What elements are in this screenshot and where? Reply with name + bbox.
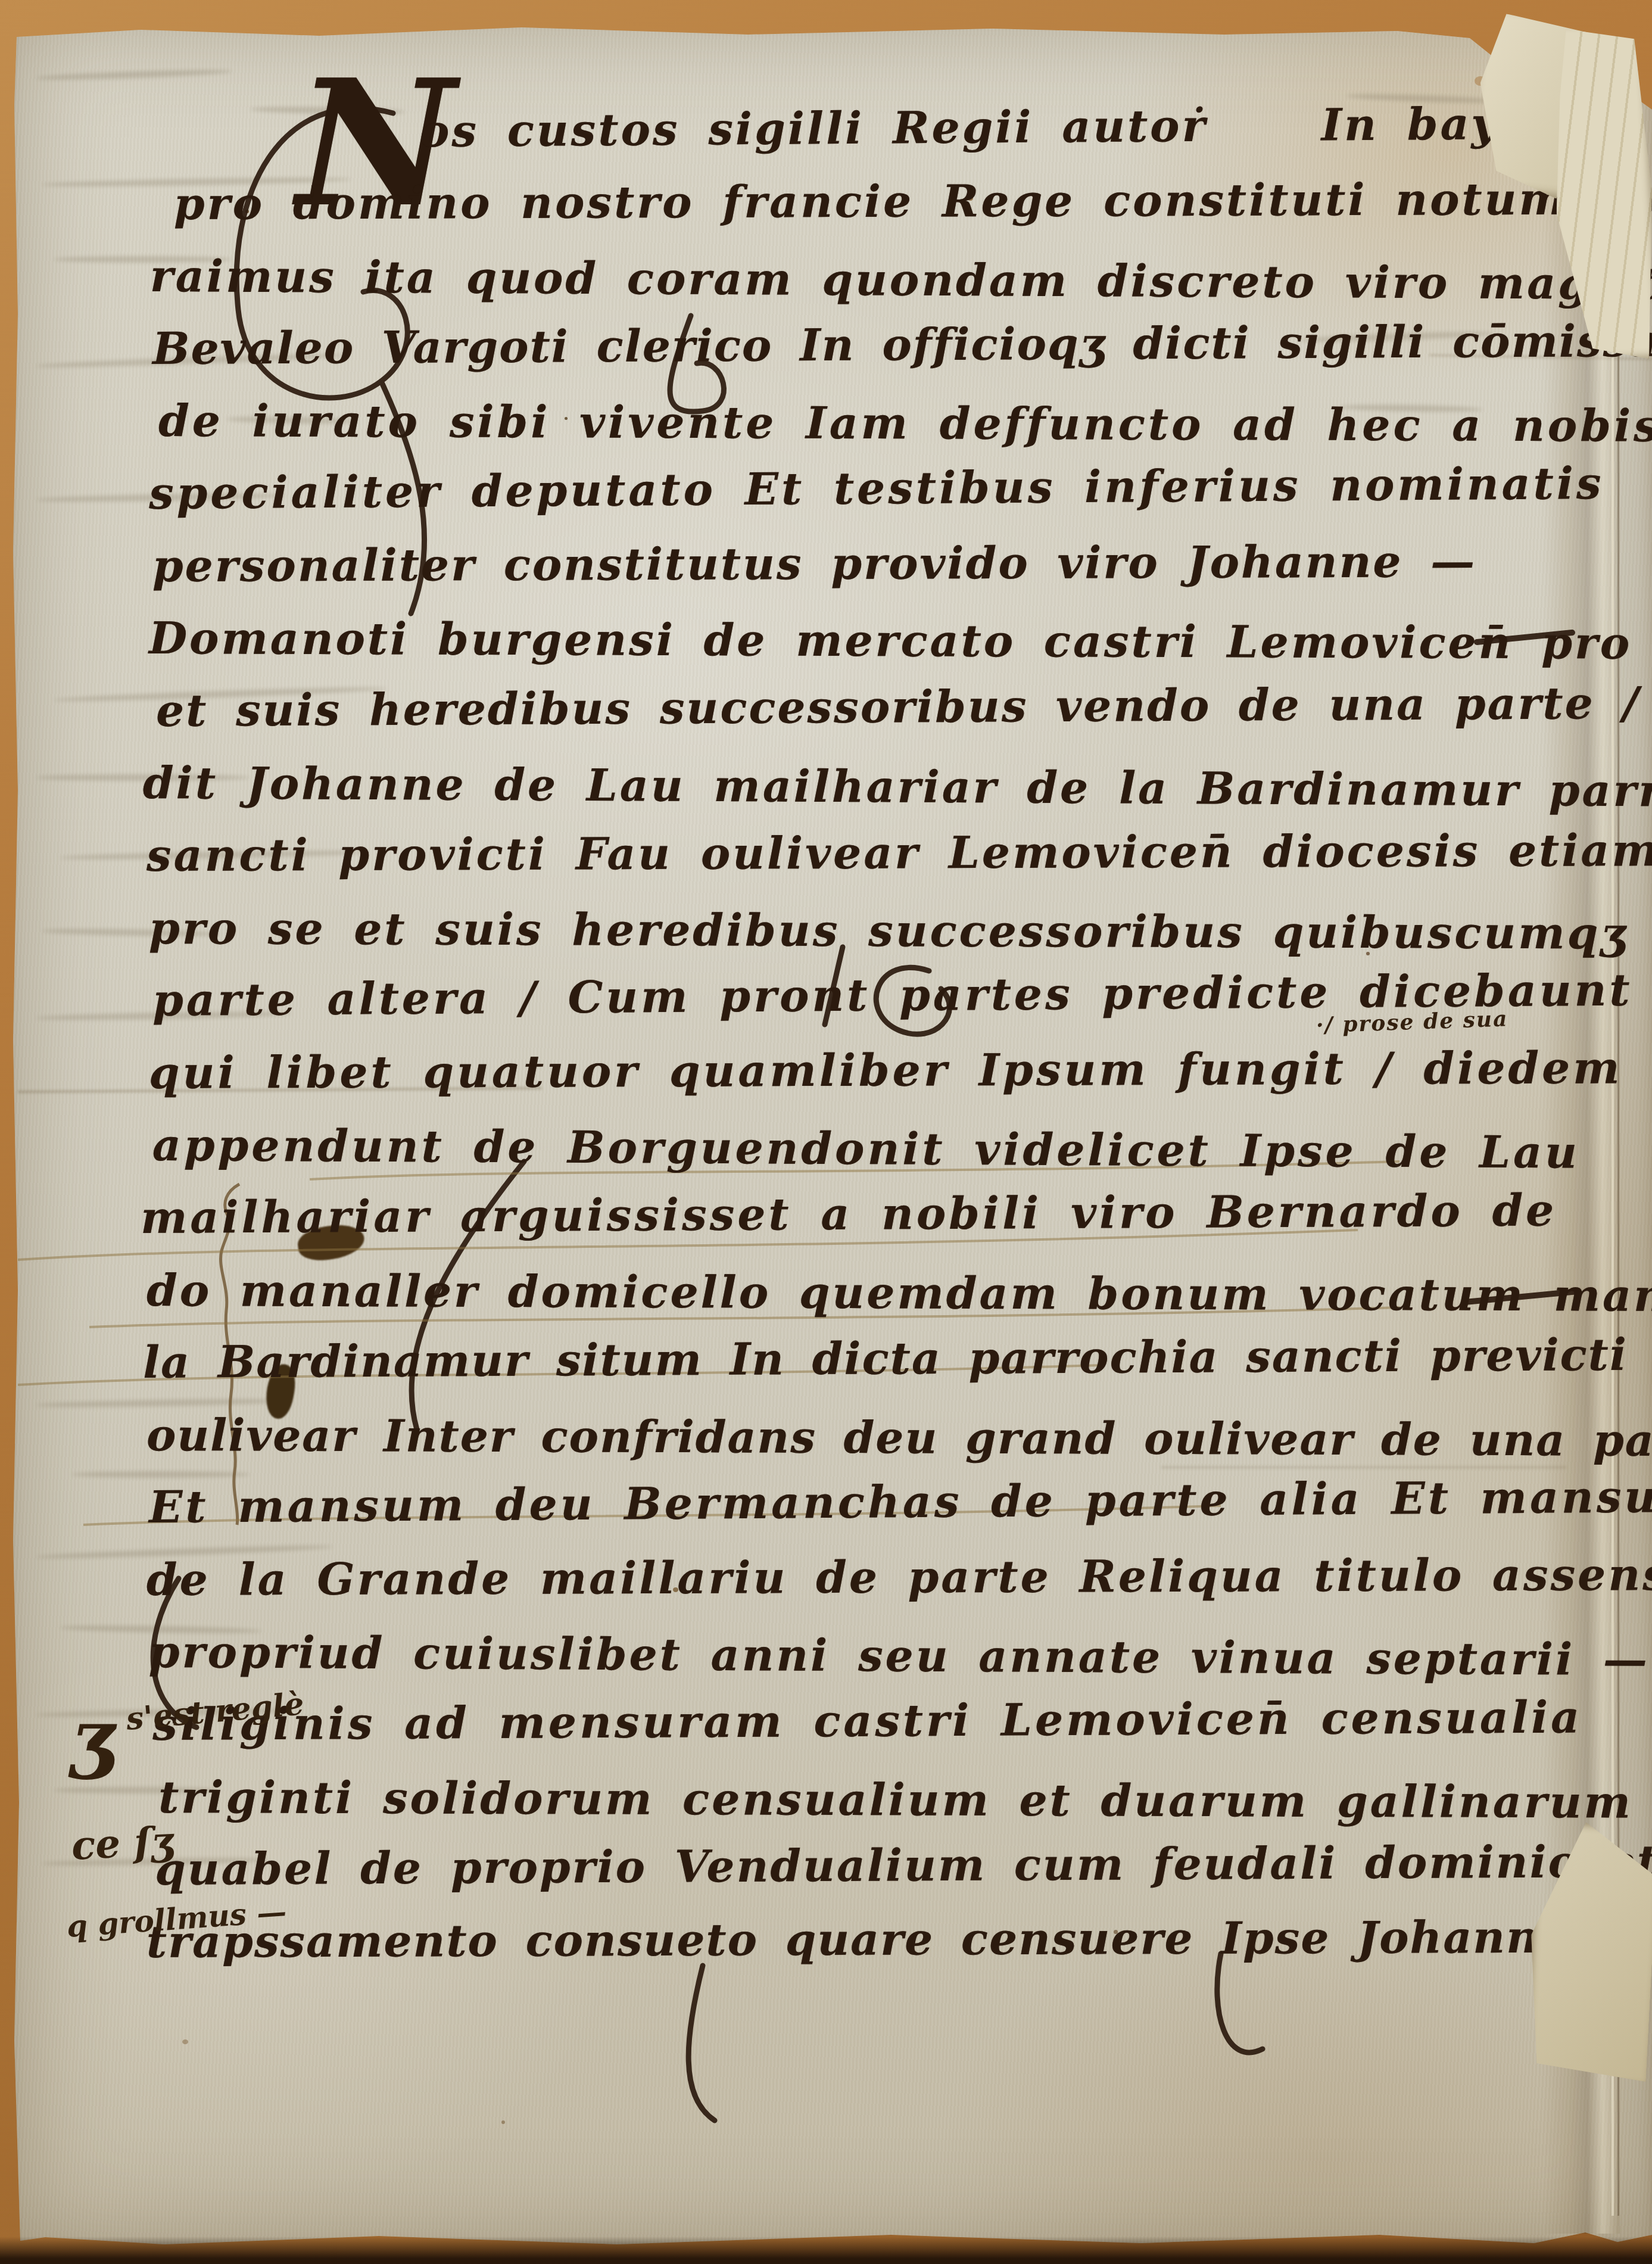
- text-line: et suis heredibus successoribus vendo de…: [156, 681, 1641, 733]
- text-line: Bevaleo Vargoti clerico In officioqʒ dic…: [152, 319, 1652, 371]
- text-line: pro se et suis heredibus successoribus q…: [149, 907, 1652, 956]
- text-line: os custos sigilli Regii autoṙ In bayamia…: [420, 99, 1652, 154]
- text-line: specialiter deputato Et testibus inferiu…: [149, 462, 1604, 516]
- text-line: pro domino nostro francie Rege constitut…: [174, 176, 1652, 226]
- text-line: appendunt de Borguendonit videlicet Ipse…: [152, 1123, 1580, 1175]
- margin-flourish-glyph: ʒ: [70, 1692, 114, 1783]
- text-line: qui libet quatuor quamliber Ipsum fungit…: [149, 1046, 1652, 1095]
- text-line: oulivear Inter confridans deu grand ouli…: [147, 1413, 1652, 1463]
- bleed-through-mark: [71, 1471, 250, 1478]
- text-line: siliginis ad mensuram castri Lemovicen̄ …: [152, 1695, 1582, 1747]
- foxing-speck: [501, 2120, 505, 2124]
- text-line: sancti provicti Fau oulivear Lemovicen̄ …: [147, 829, 1652, 878]
- text-line: raimus ita quod coram quondam discreto v…: [150, 254, 1652, 307]
- text-line: dit Johanne de Lau mailhariar de la Bard…: [143, 761, 1652, 814]
- text-line: de la Grande maillariu de parte Reliqua …: [147, 1553, 1652, 1602]
- margin-note: ce ſʒ: [70, 1817, 174, 1869]
- text-line: propriud cuiuslibet anni seu annate vinu…: [149, 1630, 1650, 1682]
- text-line: personaliter constitutus provido viro Jo…: [152, 540, 1476, 588]
- paper-crease: [1161, 1466, 1566, 1468]
- text-line: quabel de proprio Vendualium cum feudali…: [155, 1840, 1652, 1892]
- bottom-shadow: [0, 2237, 1652, 2264]
- text-line: trapssamento consueto quare censuere Ips…: [147, 1915, 1652, 1964]
- text-line: triginti solidorum censualium et duarum …: [158, 1776, 1652, 1826]
- text-line: de iurato sibi vivente Iam deffuncto ad …: [158, 399, 1652, 449]
- text-line: Et mansum deu Bermanchas de parte alia E…: [149, 1475, 1652, 1530]
- text-line: la Bardinamur situm In dicta parrochia s…: [143, 1332, 1652, 1385]
- foxing-speck: [182, 2039, 188, 2044]
- photograph-of-manuscript: N os custos sigilli Regii autoṙ In bayam…: [0, 0, 1652, 2264]
- text-line: mailhariar arguississet a nobili viro Be…: [141, 1189, 1557, 1240]
- text-line: Domanoti burgensi de mercato castri Lemo…: [149, 616, 1652, 666]
- text-line: do manaller domicello quemdam bonum voca…: [147, 1269, 1652, 1319]
